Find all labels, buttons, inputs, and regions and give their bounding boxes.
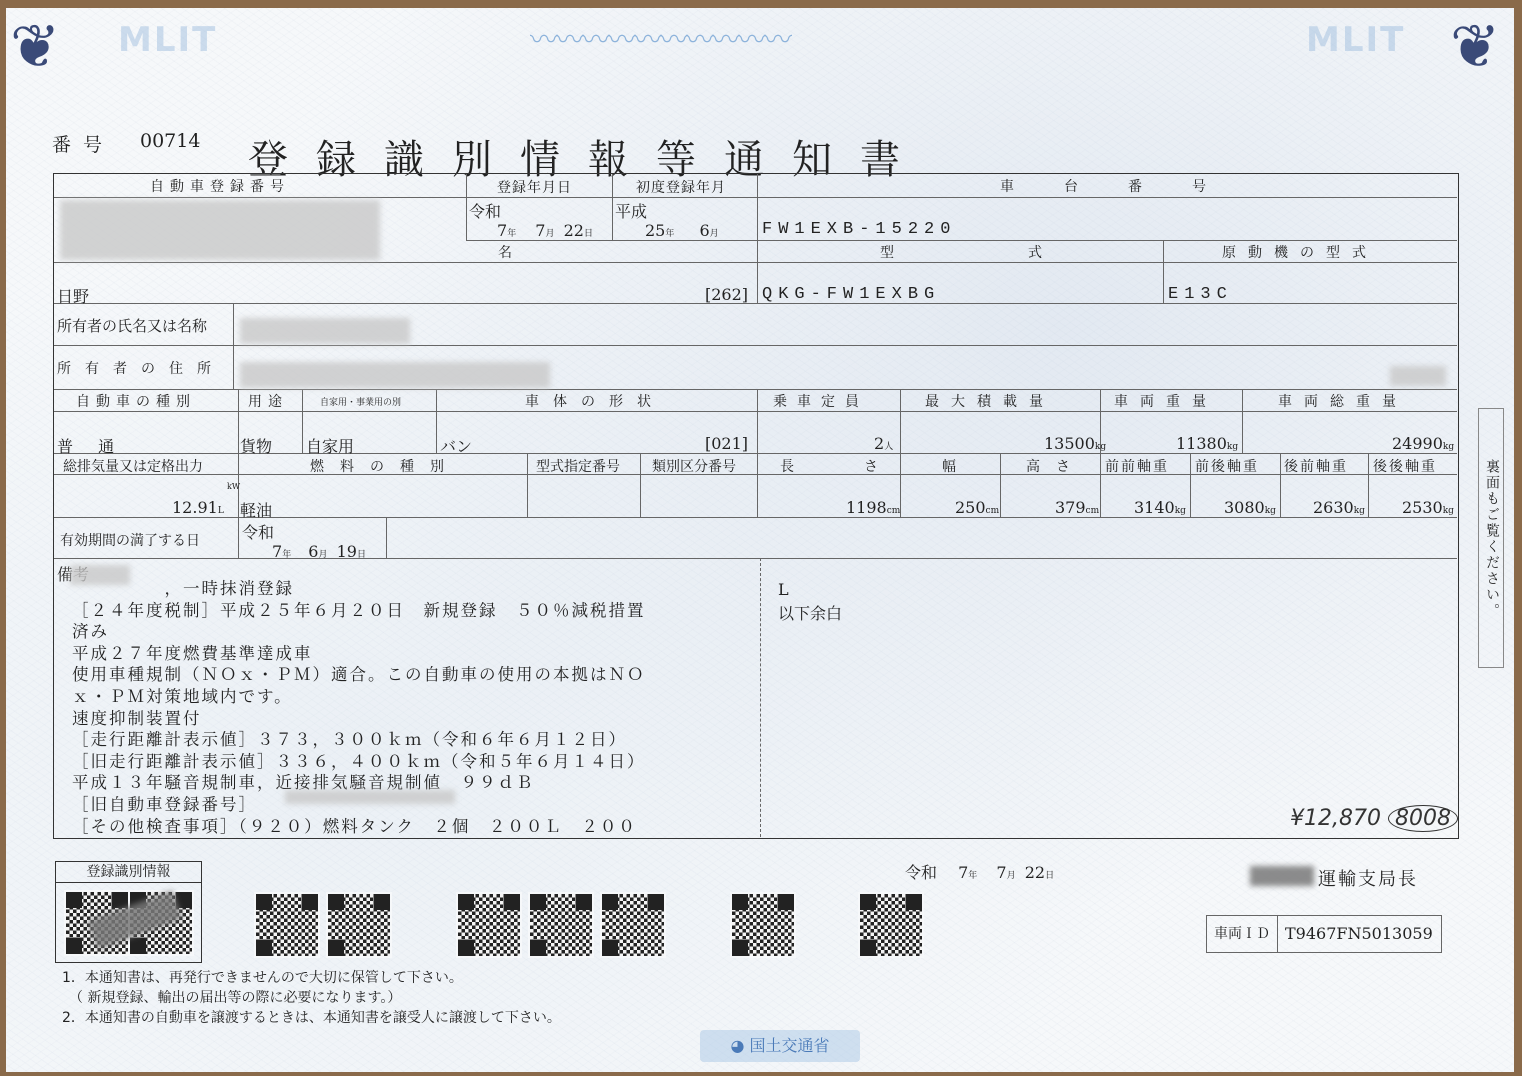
capacity-value: 2人: [874, 434, 893, 453]
model-label-2: 式: [1028, 242, 1048, 262]
axle-rr-value: 2530kg: [1402, 498, 1454, 517]
axle-rf-value: 2630kg: [1313, 498, 1365, 517]
chassis-label: 車台番号: [1000, 176, 1256, 196]
height-value: 379cm: [1055, 498, 1099, 517]
max-load-value: 13500kg: [1044, 434, 1106, 453]
first-reg-value: 25年 6月: [645, 221, 719, 240]
plate-label: 自動車登録番号: [150, 176, 290, 196]
reg-date-value: 7年 7月 22日: [497, 221, 593, 240]
displacement-label: 総排気量又は定格出力: [63, 456, 203, 476]
name-label: 名: [498, 242, 518, 262]
qr-code-icon: [254, 892, 320, 958]
owner-name-redacted: [240, 318, 410, 344]
kw-unit: kW: [227, 482, 240, 491]
handwritten-price: ¥12,870 8008: [1290, 806, 1458, 831]
vehicle-id-box: 車両ＩＤ T9467FN5013059: [1206, 915, 1442, 953]
model-label: 型: [880, 242, 900, 262]
body-code: [021]: [705, 434, 748, 453]
expiry-date: 7年 6月 19日: [272, 542, 366, 561]
axle-ff-value: 3140kg: [1134, 498, 1186, 517]
reg-date-era: 令和: [469, 199, 501, 222]
address-code-redacted: [1390, 366, 1446, 386]
height-label: 高さ: [1026, 456, 1086, 476]
body-label: 車体の形状: [525, 391, 665, 411]
old-plate-redacted: [285, 790, 455, 804]
issuer-office-redacted: [1250, 866, 1314, 886]
axle-fr-label: 前後軸重: [1195, 456, 1259, 476]
first-reg-label: 初度登録年月: [636, 177, 726, 197]
private-label: 自家用・事業用の別: [320, 395, 401, 408]
watermark-left: MLIT: [118, 20, 217, 60]
length-label: 長さ: [780, 456, 948, 476]
displacement-value: 12.91L: [172, 498, 224, 517]
first-reg-era: 平成: [615, 199, 647, 222]
vehicle-model: QKG-FW1EXBG: [762, 285, 940, 304]
model-code: [262]: [705, 285, 748, 304]
remarks-right-1: L: [778, 580, 789, 599]
ministry-logo: ◕ 国土交通省: [700, 1030, 860, 1062]
qr-box-label: 登録識別情報: [56, 862, 201, 883]
engine-model: E13C: [1168, 285, 1233, 304]
width-value: 250cm: [955, 498, 999, 517]
expiry-era: 令和: [242, 520, 274, 543]
fuel-label: 燃料の種別: [310, 456, 460, 476]
type-label: 自動車の種別: [76, 391, 196, 411]
vehicle-make: 日野: [57, 284, 89, 307]
weight-value: 11380kg: [1176, 434, 1238, 453]
plate-number-redacted: [60, 200, 380, 260]
ornament-top-icon: 〰〰〰〰〰〰〰〰〰〰: [530, 18, 790, 58]
body-shape: バン: [440, 434, 472, 457]
fuel-value: 軽油: [240, 498, 272, 521]
private-use: 自家用: [306, 434, 354, 457]
issuer: 運輸支局長: [1318, 865, 1418, 891]
gross-weight-value: 24990kg: [1392, 434, 1454, 453]
vehicle-id: T9467FN5013059: [1285, 916, 1433, 952]
engine-label: 原動機の型式: [1222, 242, 1378, 262]
vehicle-type: 普 通: [57, 434, 124, 457]
ornament-right-icon: ❦: [1450, 12, 1500, 82]
qr-code-icon: [456, 892, 522, 958]
gross-weight-label: 車両総重量: [1278, 391, 1408, 411]
category-label: 類別区分番号: [652, 456, 736, 476]
owner-name-label: 所有者の氏名又は名称: [57, 315, 207, 336]
qr-code-icon: [730, 892, 796, 958]
footer-notes: 1．本通知書は、再発行できませんので大切に保管して下さい。 （ 新規登録、輸出の…: [62, 968, 561, 1028]
length-value: 1198cm: [846, 498, 900, 517]
qr-code-icon: [600, 892, 666, 958]
vehicle-use: 貨物: [240, 434, 272, 457]
use-label: 用途: [248, 391, 288, 411]
axle-fr-value: 3080kg: [1224, 498, 1276, 517]
doc-number-label: 番号: [52, 130, 114, 157]
chassis-number: FW1EXB-15220: [762, 220, 956, 239]
qr-code-icon: [858, 892, 924, 958]
axle-rf-label: 後前軸重: [1284, 456, 1348, 476]
qr-code-icon: [528, 892, 594, 958]
reg-date-label: 登録年月日: [497, 177, 572, 197]
qr-code-icon: [326, 892, 392, 958]
doc-number: 00714: [140, 130, 200, 152]
owner-address-redacted: [240, 362, 550, 388]
vehicle-id-label: 車両ＩＤ: [1207, 916, 1278, 952]
watermark-right: MLIT: [1306, 20, 1405, 60]
width-label: 幅: [942, 456, 962, 476]
axle-ff-label: 前前軸重: [1105, 456, 1169, 476]
weight-label: 車両重量: [1114, 391, 1218, 411]
axle-rr-label: 後後軸重: [1373, 456, 1437, 476]
see-reverse-note: 裏面もご覧ください。: [1478, 408, 1504, 668]
expiry-label: 有効期間の満了する日: [60, 530, 200, 550]
remarks-right-2: 以下余白: [778, 601, 842, 624]
type-designation-label: 型式指定番号: [536, 456, 620, 476]
issue-date: 令和 7年 7月 22日: [905, 860, 1054, 883]
owner-address-label: 所有者の住所: [57, 358, 225, 378]
capacity-label: 乗車定員: [773, 391, 869, 411]
max-load-label: 最大積載量: [925, 391, 1055, 411]
ornament-left-icon: ❦: [10, 12, 60, 82]
